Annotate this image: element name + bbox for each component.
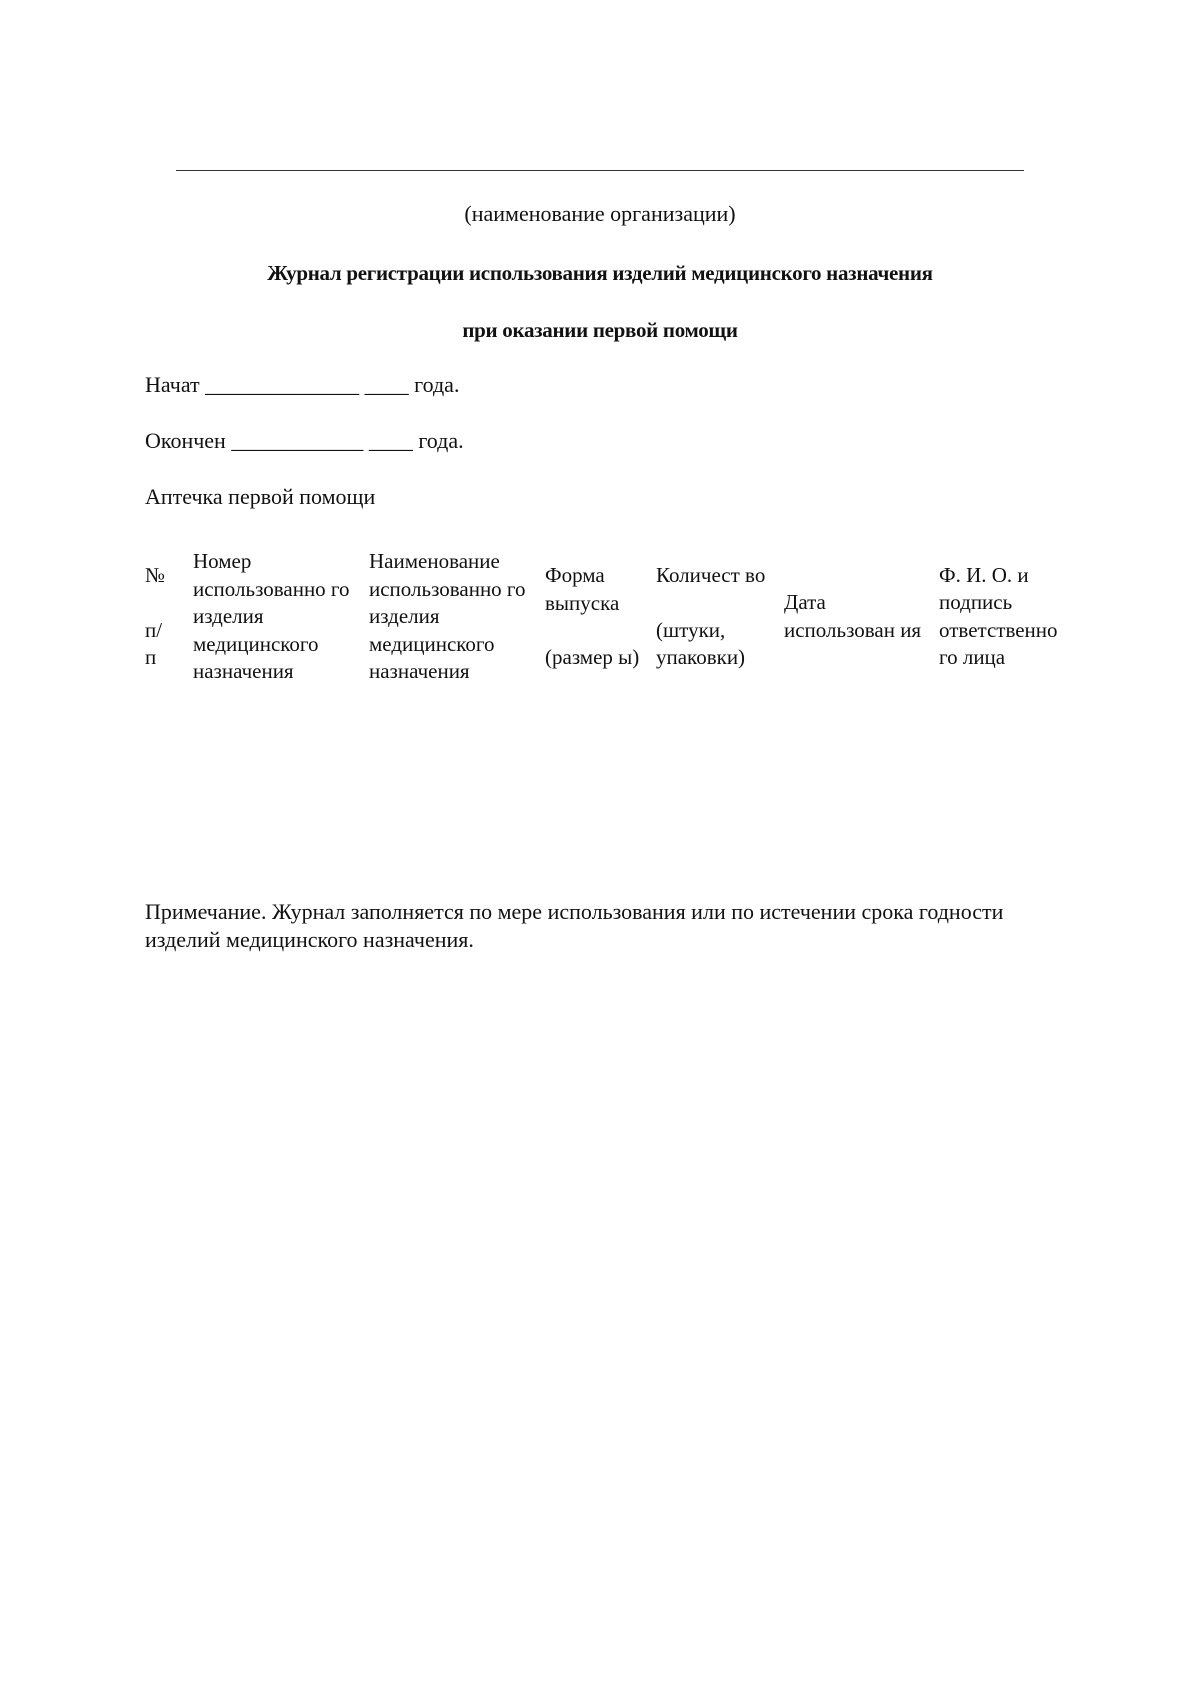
organization-caption: (наименование организации): [0, 200, 1200, 228]
journal-title-line-2: при оказании первой помощи: [0, 316, 1200, 344]
journal-note: Примечание. Журнал заполняется по мере и…: [145, 898, 1025, 954]
cell-empty: [939, 686, 1083, 868]
header-responsible-person-text: Ф. И. О. и подпись ответственно го лица: [939, 563, 1058, 670]
header-release-form-subtext: (размер ы): [545, 644, 652, 672]
header-release-form-text: Форма выпуска: [545, 562, 652, 617]
header-item-number: Номер использованно го изделия медицинск…: [193, 548, 369, 686]
started-date-line: Начат ______________ ____ года.: [145, 371, 459, 399]
table-row-empty: [145, 686, 1083, 868]
header-quantity: Количест во (штуки, упаковки): [656, 548, 784, 686]
header-quantity-subtext: (штуки, упаковки): [656, 617, 780, 672]
header-number-line-2: п/: [145, 617, 189, 645]
header-item-name: Наименование использованно го изделия ме…: [369, 548, 545, 686]
cell-empty: [656, 686, 784, 868]
header-responsible-person: Ф. И. О. и подпись ответственно го лица: [939, 548, 1083, 686]
organization-name-line: [176, 170, 1024, 171]
table-header-row: № п/ п Номер использованно го изделия ме…: [145, 548, 1083, 686]
cell-empty: [784, 686, 939, 868]
first-aid-kit-label: Аптечка первой помощи: [145, 483, 375, 511]
header-quantity-text: Количест во: [656, 562, 780, 590]
cell-empty: [193, 686, 369, 868]
header-item-name-text: Наименование использованно го изделия ме…: [369, 549, 526, 683]
header-item-number-text: Номер использованно го изделия медицинск…: [193, 549, 350, 683]
header-number-sign: №: [145, 562, 189, 590]
cell-empty: [545, 686, 656, 868]
header-usage-date: Дата использован ия: [784, 548, 939, 686]
cell-empty: [369, 686, 545, 868]
header-release-form: Форма выпуска (размер ы): [545, 548, 656, 686]
cell-empty: [145, 686, 193, 868]
header-usage-date-text: Дата использован ия: [784, 590, 921, 642]
usage-journal-table: № п/ п Номер использованно го изделия ме…: [145, 548, 1083, 868]
ended-date-line: Окончен ____________ ____ года.: [145, 427, 464, 455]
journal-title-line-1: Журнал регистрации использования изделий…: [0, 259, 1200, 287]
header-number: № п/ п: [145, 548, 193, 686]
header-number-line-3: п: [145, 644, 189, 672]
